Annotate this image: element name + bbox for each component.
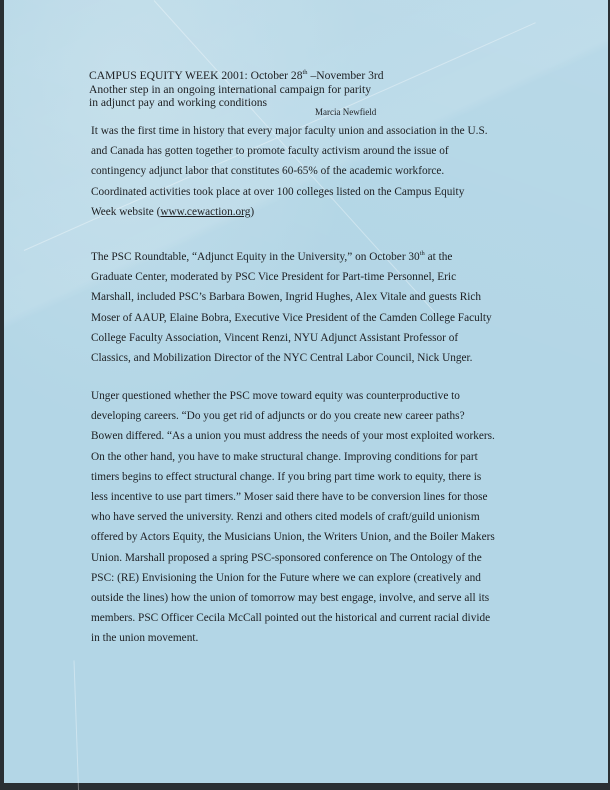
text-line: Graduate Center, moderated by PSC Vice P… xyxy=(91,267,492,287)
author-name: Marcia Newfield xyxy=(315,107,376,117)
heading-title-text: CAMPUS EQUITY WEEK 2001: October 28 xyxy=(89,69,303,82)
heading-title-suffix: –November 3rd xyxy=(308,69,384,82)
text-line: College Faculty Association, Vincent Ren… xyxy=(91,328,492,348)
document-heading: CAMPUS EQUITY WEEK 2001: October 28th –N… xyxy=(89,66,384,110)
text-line: PSC: (RE) Envisioning the Union for the … xyxy=(91,568,495,588)
text-line: The PSC Roundtable, “Adjunct Equity in t… xyxy=(91,244,492,267)
text-line: less incentive to use part timers.” Mose… xyxy=(91,487,495,507)
heading-subtitle-line1: Another step in an ongoing international… xyxy=(89,83,384,97)
text-line: On the other hand, you have to make stru… xyxy=(91,447,495,467)
text-fragment: The PSC Roundtable, “Adjunct Equity in t… xyxy=(91,251,420,263)
text-line: Bowen differed. “As a union you must add… xyxy=(91,426,495,446)
text-line: members. PSC Officer Cecila McCall point… xyxy=(91,608,495,628)
text-line: timers begins to effect structural chang… xyxy=(91,467,495,487)
text-line: Union. Marshall proposed a spring PSC-sp… xyxy=(91,548,495,568)
text-line: Classics, and Mobilization Director of t… xyxy=(91,348,492,368)
text-line: Week website (www.cewaction.org) xyxy=(91,202,488,222)
text-line: outside the lines) how the union of tomo… xyxy=(91,588,495,608)
text-fragment: at the xyxy=(425,251,453,263)
paragraph-intro: It was the first time in history that ev… xyxy=(91,121,488,222)
text-line: developing careers. “Do you get rid of a… xyxy=(91,406,495,426)
text-line: offered by Actors Equity, the Musicians … xyxy=(91,527,495,547)
paragraph-roundtable: The PSC Roundtable, “Adjunct Equity in t… xyxy=(91,244,492,368)
text-line: Marshall, included PSC’s Barbara Bowen, … xyxy=(91,287,492,307)
text-line: Unger questioned whether the PSC move to… xyxy=(91,386,495,406)
scanned-paper-page: CAMPUS EQUITY WEEK 2001: October 28th –N… xyxy=(4,0,608,783)
text-fragment: ) xyxy=(250,206,254,218)
paragraph-discussion: Unger questioned whether the PSC move to… xyxy=(91,386,495,649)
text-line: who have served the university. Renzi an… xyxy=(91,507,495,527)
text-line: Coordinated activities took place at ove… xyxy=(91,182,488,202)
website-link[interactable]: www.cewaction.org xyxy=(160,206,250,218)
text-line: It was the first time in history that ev… xyxy=(91,121,488,141)
text-line: in the union movement. xyxy=(91,628,495,648)
text-line: contingency adjunct labor that constitut… xyxy=(91,161,488,181)
heading-title: CAMPUS EQUITY WEEK 2001: October 28th –N… xyxy=(89,66,384,83)
text-fragment: Week website ( xyxy=(91,206,160,218)
text-line: and Canada has gotten together to promot… xyxy=(91,141,488,161)
text-line: Moser of AAUP, Elaine Bobra, Executive V… xyxy=(91,308,492,328)
paper-crease xyxy=(74,660,80,783)
